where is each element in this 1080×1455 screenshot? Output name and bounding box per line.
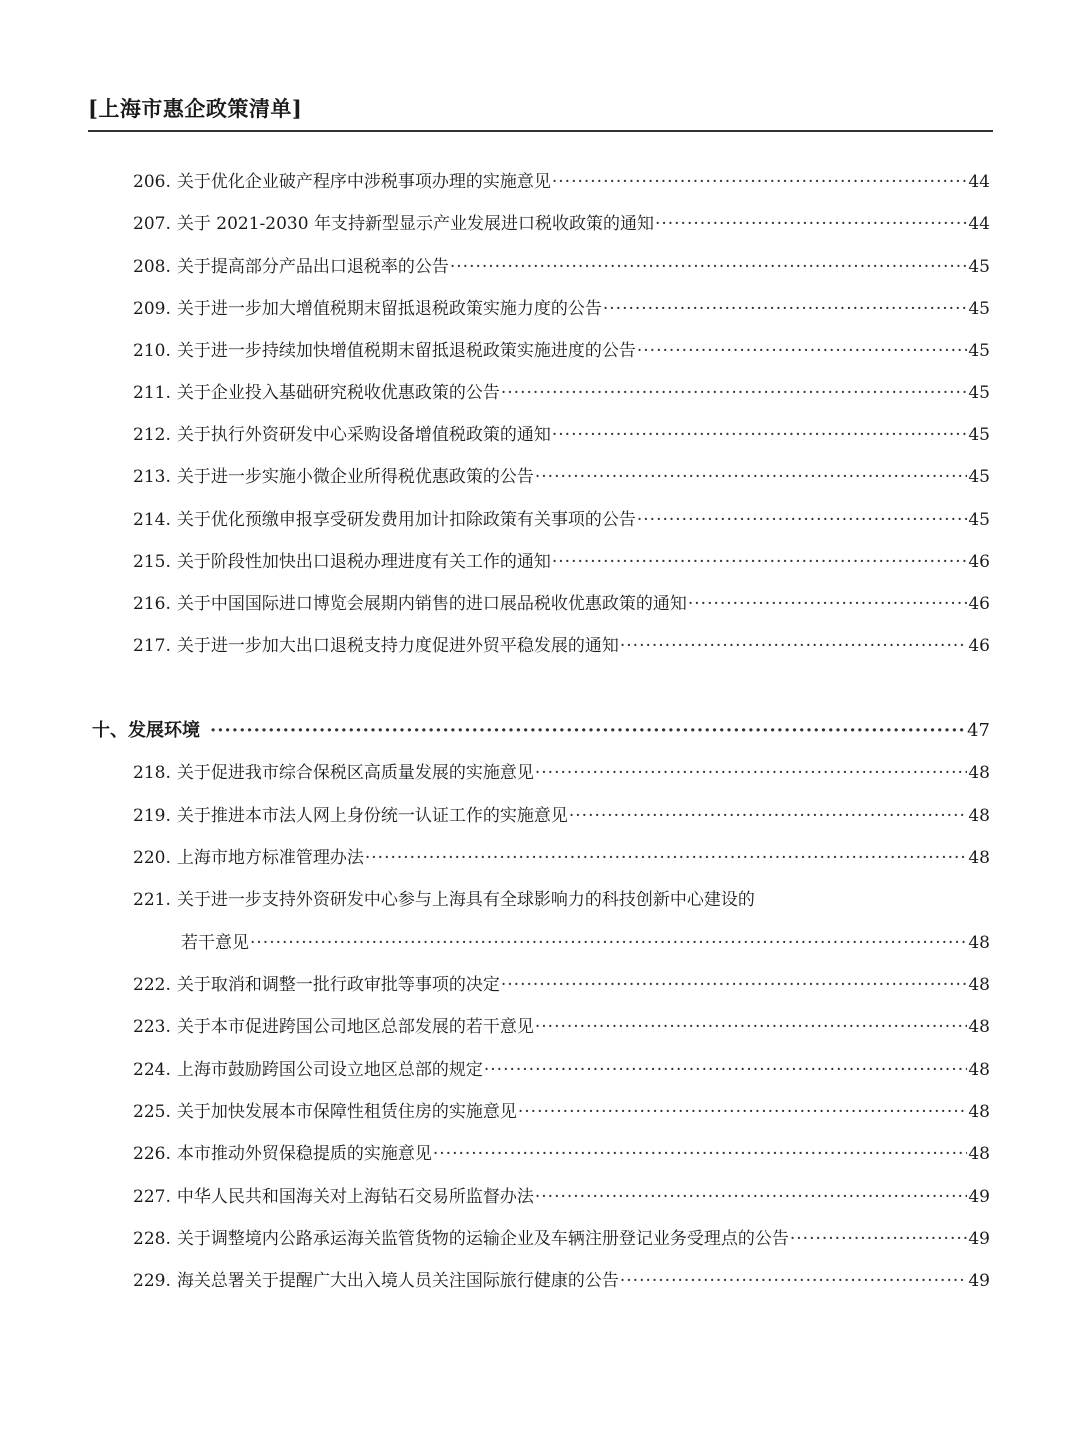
- entry-number: 217.: [133, 634, 171, 658]
- entry-title: 关于促进我市综合保税区高质量发展的实施意见: [177, 761, 534, 785]
- entry-title: 中华人民共和国海关对上海钻石交易所监督办法: [177, 1185, 534, 1209]
- entry-title: 关于本市促进跨国公司地区总部发展的若干意见: [177, 1015, 534, 1039]
- entry-number: 213.: [133, 465, 171, 489]
- entry-number: 228.: [133, 1227, 171, 1251]
- entry-page: 48: [968, 1058, 990, 1082]
- entry-title: 海关总署关于提醒广大出入境人员关注国际旅行健康的公告: [177, 1269, 619, 1293]
- toc-entry[interactable]: 228.关于调整境内公路承运海关监管货物的运输企业及车辆注册登记业务受理点的公告…: [133, 1227, 990, 1251]
- leader-dots: ········································…: [620, 1269, 968, 1293]
- entry-title: 关于阶段性加快出口退税办理进度有关工作的通知: [177, 550, 551, 574]
- entry-title-continuation: 若干意见: [181, 931, 249, 955]
- entry-title: 本市推动外贸保稳提质的实施意见: [177, 1142, 432, 1166]
- leader-dots: ········································…: [552, 423, 968, 447]
- leader-dots: ········································…: [535, 1185, 968, 1209]
- entry-title: 上海市鼓励跨国公司设立地区总部的规定: [177, 1058, 483, 1082]
- entry-page: 48: [968, 931, 990, 955]
- toc-entry[interactable]: 225.关于加快发展本市保障性租赁住房的实施意见················…: [133, 1100, 990, 1124]
- entry-number: 210.: [133, 339, 171, 363]
- entry-number: 227.: [133, 1185, 171, 1209]
- entry-page: 48: [968, 846, 990, 870]
- entry-page: 48: [968, 1100, 990, 1124]
- entry-number: 211.: [133, 381, 171, 405]
- leader-dots: ········································…: [552, 170, 968, 194]
- leader-dots: ········································…: [569, 804, 968, 828]
- entry-page: 49: [968, 1185, 990, 1209]
- entry-page: 46: [968, 592, 990, 616]
- entry-title: 关于进一步加大出口退税支持力度促进外贸平稳发展的通知: [177, 634, 619, 658]
- toc-entry[interactable]: 208.关于提高部分产品出口退税率的公告····················…: [133, 255, 990, 279]
- entry-page: 45: [968, 339, 990, 363]
- entry-page: 48: [968, 761, 990, 785]
- entry-number: 206.: [133, 170, 171, 194]
- entry-page: 46: [968, 550, 990, 574]
- leader-dots: ········································…: [655, 212, 967, 236]
- entry-page: 44: [968, 212, 990, 236]
- entry-page: 44: [968, 170, 990, 194]
- document-title: [上海市惠企政策清单]: [88, 94, 993, 124]
- leader-dots: ········································…: [501, 381, 968, 405]
- toc-entry[interactable]: 226.本市推动外贸保稳提质的实施意见·····················…: [133, 1142, 990, 1166]
- entry-title: 关于进一步加大增值税期末留抵退税政策实施力度的公告: [177, 297, 602, 321]
- entry-page: 45: [968, 381, 990, 405]
- entry-title: 关于进一步支持外资研发中心参与上海具有全球影响力的科技创新中心建设的: [177, 888, 755, 912]
- entry-title: 关于提高部分产品出口退税率的公告: [177, 255, 449, 279]
- header-divider: [88, 130, 993, 132]
- entry-number: 224.: [133, 1058, 171, 1082]
- toc-entry[interactable]: 224.上海市鼓励跨国公司设立地区总部的规定··················…: [133, 1058, 990, 1082]
- leader-dots: ········································…: [637, 339, 968, 363]
- entry-number: 219.: [133, 804, 171, 828]
- toc-entry[interactable]: 206.关于优化企业破产程序中涉税事项办理的实施意见··············…: [133, 170, 990, 194]
- entry-title: 关于企业投入基础研究税收优惠政策的公告: [177, 381, 500, 405]
- toc-entry[interactable]: 227.中华人民共和国海关对上海钻石交易所监督办法···············…: [133, 1185, 990, 1209]
- entry-number: 216.: [133, 592, 171, 616]
- toc-entry[interactable]: 229.海关总署关于提醒广大出入境人员关注国际旅行健康的公告··········…: [133, 1269, 990, 1293]
- leader-dots: ········································…: [637, 508, 968, 532]
- entry-title: 上海市地方标准管理办法: [177, 846, 364, 870]
- toc-entry[interactable]: 219.关于推进本市法人网上身份统一认证工作的实施意见·············…: [133, 804, 990, 828]
- entry-title: 关于优化预缴申报享受研发费用加计扣除政策有关事项的公告: [177, 508, 636, 532]
- entry-number: 225.: [133, 1100, 171, 1124]
- entry-number: 226.: [133, 1142, 171, 1166]
- toc-entry[interactable]: 221.关于进一步支持外资研发中心参与上海具有全球影响力的科技创新中心建设的: [133, 888, 990, 912]
- leader-dots: ········································…: [501, 973, 968, 997]
- leader-dots: ········································…: [620, 634, 968, 658]
- toc-entry[interactable]: 214.关于优化预缴申报享受研发费用加计扣除政策有关事项的公告·········…: [133, 508, 990, 532]
- toc-entry[interactable]: 209.关于进一步加大增值税期末留抵退税政策实施力度的公告···········…: [133, 297, 990, 321]
- entry-number: 220.: [133, 846, 171, 870]
- leader-dots: ········································…: [210, 719, 966, 743]
- entry-title: 关于进一步实施小微企业所得税优惠政策的公告: [177, 465, 534, 489]
- leader-dots: ········································…: [484, 1058, 968, 1082]
- entry-number: 209.: [133, 297, 171, 321]
- section-page: 47: [967, 719, 990, 743]
- toc-entry[interactable]: 213.关于进一步实施小微企业所得税优惠政策的公告···············…: [133, 465, 990, 489]
- toc-entry[interactable]: 215.关于阶段性加快出口退税办理进度有关工作的通知··············…: [133, 550, 990, 574]
- entry-number: 214.: [133, 508, 171, 532]
- toc-entry[interactable]: 218.关于促进我市综合保税区高质量发展的实施意见···············…: [133, 761, 990, 785]
- leader-dots: ········································…: [688, 592, 968, 616]
- entry-page: 45: [968, 255, 990, 279]
- entry-page: 45: [968, 297, 990, 321]
- entry-page: 48: [968, 1015, 990, 1039]
- leader-dots: ········································…: [603, 297, 968, 321]
- toc-entry[interactable]: 223.关于本市促进跨国公司地区总部发展的若干意见···············…: [133, 1015, 990, 1039]
- entry-title: 关于 2021-2030 年支持新型显示产业发展进口税收政策的通知: [177, 212, 654, 236]
- toc-entry[interactable]: 210.关于进一步持续加快增值税期末留抵退税政策实施进度的公告·········…: [133, 339, 990, 363]
- entry-page: 45: [968, 465, 990, 489]
- toc-entry[interactable]: 222.关于取消和调整一批行政审批等事项的决定·················…: [133, 973, 990, 997]
- leader-dots: ········································…: [450, 255, 968, 279]
- entry-number: 223.: [133, 1015, 171, 1039]
- entry-title: 关于进一步持续加快增值税期末留抵退税政策实施进度的公告: [177, 339, 636, 363]
- toc-entry-continuation[interactable]: 若干意见····································…: [181, 931, 990, 955]
- toc-entry[interactable]: 212.关于执行外资研发中心采购设备增值税政策的通知··············…: [133, 423, 990, 447]
- entry-title: 关于取消和调整一批行政审批等事项的决定: [177, 973, 500, 997]
- toc-entry[interactable]: 211.关于企业投入基础研究税收优惠政策的公告·················…: [133, 381, 990, 405]
- entry-page: 45: [968, 508, 990, 532]
- section-title: 十、发展环境: [92, 719, 200, 743]
- entry-number: 212.: [133, 423, 171, 447]
- leader-dots: ········································…: [250, 931, 967, 955]
- toc-entry[interactable]: 207.关于 2021-2030 年支持新型显示产业发展进口税收政策的通知···…: [133, 212, 990, 236]
- toc-section-heading[interactable]: 十、发展环境··································…: [90, 719, 990, 743]
- leader-dots: ········································…: [790, 1227, 968, 1251]
- entry-title: 关于执行外资研发中心采购设备增值税政策的通知: [177, 423, 551, 447]
- toc-entry[interactable]: 217.关于进一步加大出口退税支持力度促进外贸平稳发展的通知··········…: [133, 634, 990, 658]
- entry-page: 46: [968, 634, 990, 658]
- leader-dots: ········································…: [365, 846, 968, 870]
- entry-title: 关于推进本市法人网上身份统一认证工作的实施意见: [177, 804, 568, 828]
- entry-page: 45: [968, 423, 990, 447]
- entry-page: 48: [968, 1142, 990, 1166]
- leader-dots: ········································…: [535, 1015, 968, 1039]
- entry-page: 49: [968, 1269, 990, 1293]
- entry-page: 48: [968, 973, 990, 997]
- entry-title: 关于优化企业破产程序中涉税事项办理的实施意见: [177, 170, 551, 194]
- entry-title: 关于中国国际进口博览会展期内销售的进口展品税收优惠政策的通知: [177, 592, 687, 616]
- entry-number: 229.: [133, 1269, 171, 1293]
- entry-number: 215.: [133, 550, 171, 574]
- entry-page: 49: [968, 1227, 990, 1251]
- leader-dots: ········································…: [518, 1100, 968, 1124]
- leader-dots: ········································…: [552, 550, 968, 574]
- leader-dots: ········································…: [433, 1142, 968, 1166]
- entry-page: 48: [968, 804, 990, 828]
- page-header: [上海市惠企政策清单]: [88, 94, 993, 124]
- leader-dots: ········································…: [535, 761, 968, 785]
- entry-number: 221.: [133, 888, 171, 912]
- toc-entry[interactable]: 216.关于中国国际进口博览会展期内销售的进口展品税收优惠政策的通知······…: [133, 592, 990, 616]
- entry-number: 218.: [133, 761, 171, 785]
- entry-number: 222.: [133, 973, 171, 997]
- entry-number: 208.: [133, 255, 171, 279]
- entry-title: 关于调整境内公路承运海关监管货物的运输企业及车辆注册登记业务受理点的公告: [177, 1227, 789, 1251]
- toc-entry[interactable]: 220.上海市地方标准管理办法·························…: [133, 846, 990, 870]
- entry-number: 207.: [133, 212, 171, 236]
- leader-dots: ········································…: [535, 465, 968, 489]
- entry-title: 关于加快发展本市保障性租赁住房的实施意见: [177, 1100, 517, 1124]
